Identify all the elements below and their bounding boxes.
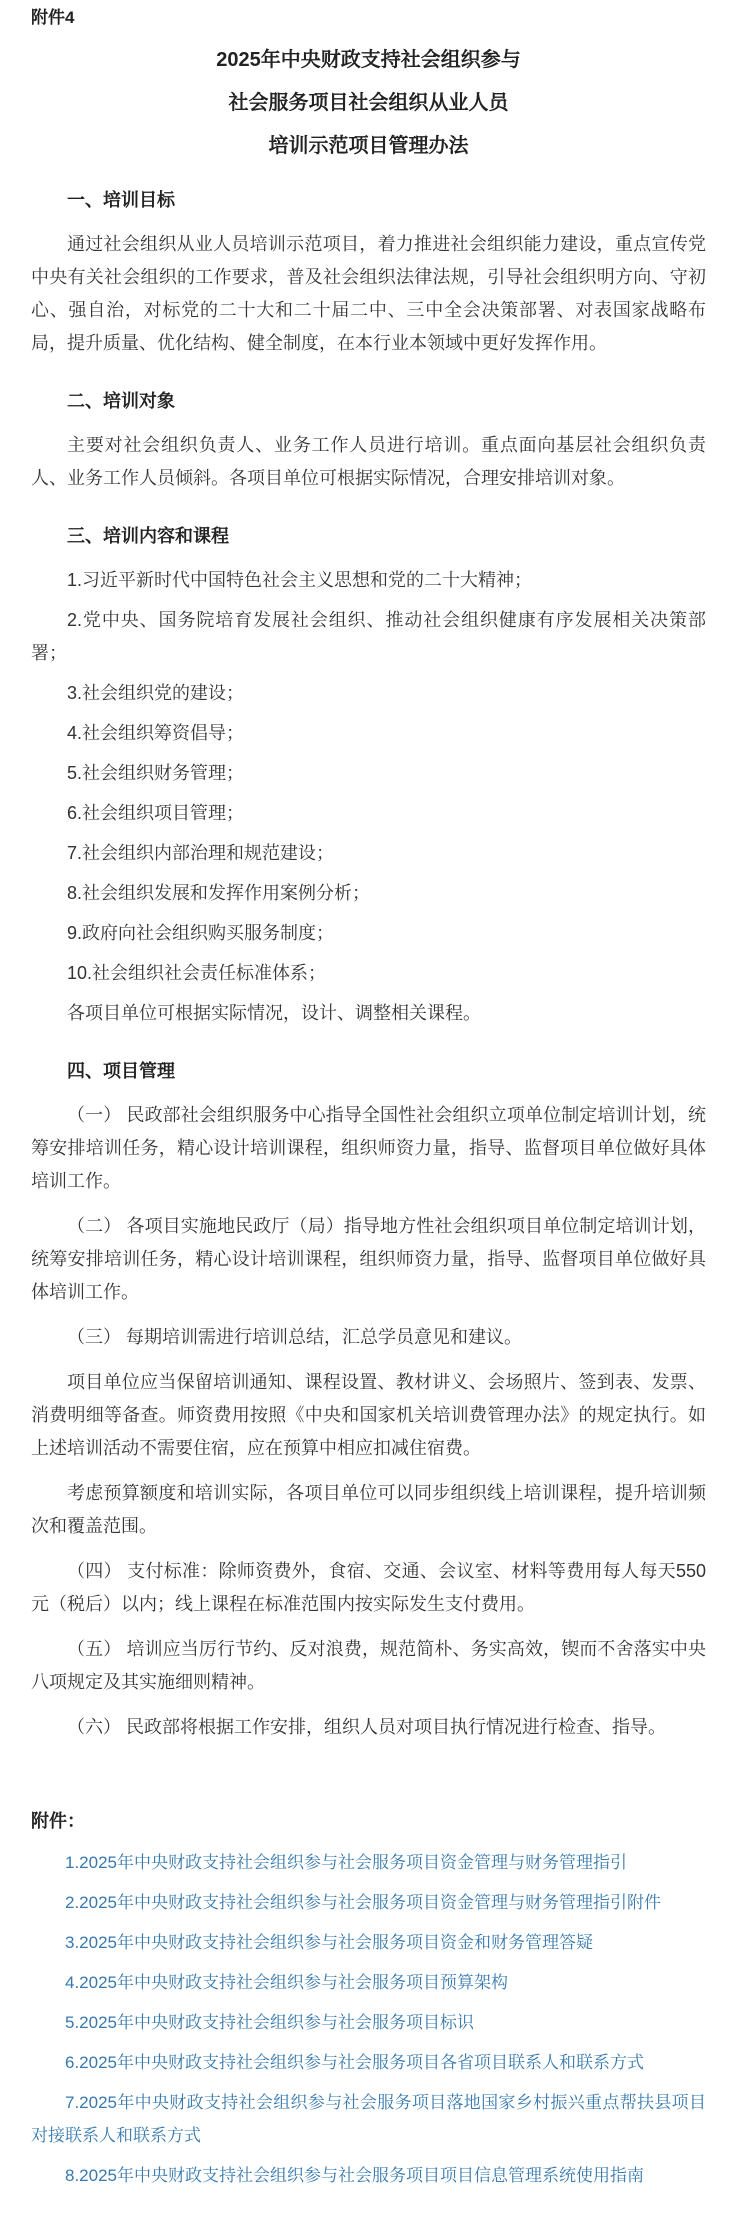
- course-item-10: 10.社会组织社会责任标准体系；: [31, 957, 706, 990]
- course-item-3: 3.社会组织党的建设；: [31, 677, 706, 710]
- attachment-link-row: 1.2025年中央财政支持社会组织参与社会服务项目资金管理与财务管理指引: [31, 1846, 706, 1879]
- management-paragraph-5: 考虑预算额度和培训实际，各项目单位可以同步组织线上培训课程，提升培训频次和覆盖范…: [31, 1477, 706, 1543]
- attachment-number: 附件4: [31, 6, 706, 30]
- doc-title-line-1: 2025年中央财政支持社会组织参与: [31, 47, 706, 73]
- attachment-link-5[interactable]: 5.2025年中央财政支持社会组织参与社会服务项目标识: [65, 2013, 474, 2032]
- attachment-link-row: 2.2025年中央财政支持社会组织参与社会服务项目资金管理与财务管理指引附件: [31, 1886, 706, 1919]
- paragraph-training-targets: 主要对社会组织负责人、业务工作人员进行培训。重点面向基层社会组织负责人、业务工作…: [31, 429, 706, 495]
- course-item-2: 2.党中央、国务院培育发展社会组织、推动社会组织健康有序发展相关决策部署；: [31, 604, 706, 670]
- management-paragraph-2: （二） 各项目实施地民政厅（局）指导地方性社会组织项目单位制定培训计划，统筹安排…: [31, 1210, 706, 1309]
- attachment-link-7[interactable]: 7.2025年中央财政支持社会组织参与社会服务项目落地国家乡村振兴重点帮扶县项目…: [31, 2093, 706, 2145]
- management-paragraph-1: （一） 民政部社会组织服务中心指导全国性社会组织立项单位制定培训计划，统筹安排培…: [31, 1099, 706, 1198]
- attachment-link-1[interactable]: 1.2025年中央财政支持社会组织参与社会服务项目资金管理与财务管理指引: [65, 1853, 627, 1872]
- attachment-link-3[interactable]: 3.2025年中央财政支持社会组织参与社会服务项目资金和财务管理答疑: [65, 1933, 593, 1952]
- appendix-section: 附件： 1.2025年中央财政支持社会组织参与社会服务项目资金管理与财务管理指引…: [31, 1806, 706, 2192]
- attachment-link-row: 6.2025年中央财政支持社会组织参与社会服务项目各省项目联系人和联系方式: [31, 2046, 706, 2079]
- attachment-link-2[interactable]: 2.2025年中央财政支持社会组织参与社会服务项目资金管理与财务管理指引附件: [65, 1893, 661, 1912]
- management-paragraph-3: （三） 每期培训需进行培训总结，汇总学员意见和建议。: [31, 1321, 706, 1354]
- doc-title: 2025年中央财政支持社会组织参与 社会服务项目社会组织从业人员 培训示范项目管…: [31, 47, 706, 159]
- course-item-9: 9.政府向社会组织购买服务制度；: [31, 917, 706, 950]
- course-item-6: 6.社会组织项目管理；: [31, 797, 706, 830]
- document-page: 附件4 2025年中央财政支持社会组织参与 社会服务项目社会组织从业人员 培训示…: [0, 0, 736, 2229]
- course-item-4: 4.社会组织筹资倡导；: [31, 717, 706, 750]
- management-paragraph-7: （五） 培训应当厉行节约、反对浪费，规范简朴、务实高效，锲而不舍落实中央八项规定…: [31, 1633, 706, 1699]
- attachment-link-row: 7.2025年中央财政支持社会组织参与社会服务项目落地国家乡村振兴重点帮扶县项目…: [31, 2086, 706, 2152]
- appendix-label: 附件：: [31, 1806, 706, 1836]
- attachment-link-row: 3.2025年中央财政支持社会组织参与社会服务项目资金和财务管理答疑: [31, 1926, 706, 1959]
- attachment-link-4[interactable]: 4.2025年中央财政支持社会组织参与社会服务项目预算架构: [65, 1973, 508, 1992]
- attachment-link-row: 5.2025年中央财政支持社会组织参与社会服务项目标识: [31, 2006, 706, 2039]
- doc-title-line-3: 培训示范项目管理办法: [31, 133, 706, 159]
- course-item-7: 7.社会组织内部治理和规范建设；: [31, 837, 706, 870]
- doc-title-line-2: 社会服务项目社会组织从业人员: [31, 90, 706, 116]
- management-paragraph-8: （六） 民政部将根据工作安排，组织人员对项目执行情况进行检查、指导。: [31, 1711, 706, 1744]
- management-paragraph-4: 项目单位应当保留培训通知、课程设置、教材讲义、会场照片、签到表、发票、消费明细等…: [31, 1366, 706, 1465]
- section-heading-training-targets: 二、培训对象: [31, 387, 706, 415]
- section-heading-project-management: 四、项目管理: [31, 1057, 706, 1085]
- course-item-1: 1.习近平新时代中国特色社会主义思想和党的二十大精神；: [31, 564, 706, 597]
- course-item-8: 8.社会组织发展和发挥作用案例分析；: [31, 877, 706, 910]
- attachment-link-6[interactable]: 6.2025年中央财政支持社会组织参与社会服务项目各省项目联系人和联系方式: [65, 2053, 644, 2072]
- course-item-5: 5.社会组织财务管理；: [31, 757, 706, 790]
- section-heading-training-goals: 一、培训目标: [31, 186, 706, 214]
- attachment-link-8[interactable]: 8.2025年中央财政支持社会组织参与社会服务项目项目信息管理系统使用指南: [65, 2166, 644, 2185]
- attachment-link-row: 8.2025年中央财政支持社会组织参与社会服务项目项目信息管理系统使用指南: [31, 2159, 706, 2192]
- course-note: 各项目单位可根据实际情况，设计、调整相关课程。: [31, 997, 706, 1030]
- management-paragraph-6: （四） 支付标准：除师资费外，食宿、交通、会议室、材料等费用每人每天550元（税…: [31, 1555, 706, 1621]
- section-heading-training-content: 三、培训内容和课程: [31, 522, 706, 550]
- attachment-link-row: 4.2025年中央财政支持社会组织参与社会服务项目预算架构: [31, 1966, 706, 1999]
- paragraph-training-goals: 通过社会组织从业人员培训示范项目，着力推进社会组织能力建设，重点宣传党中央有关社…: [31, 228, 706, 360]
